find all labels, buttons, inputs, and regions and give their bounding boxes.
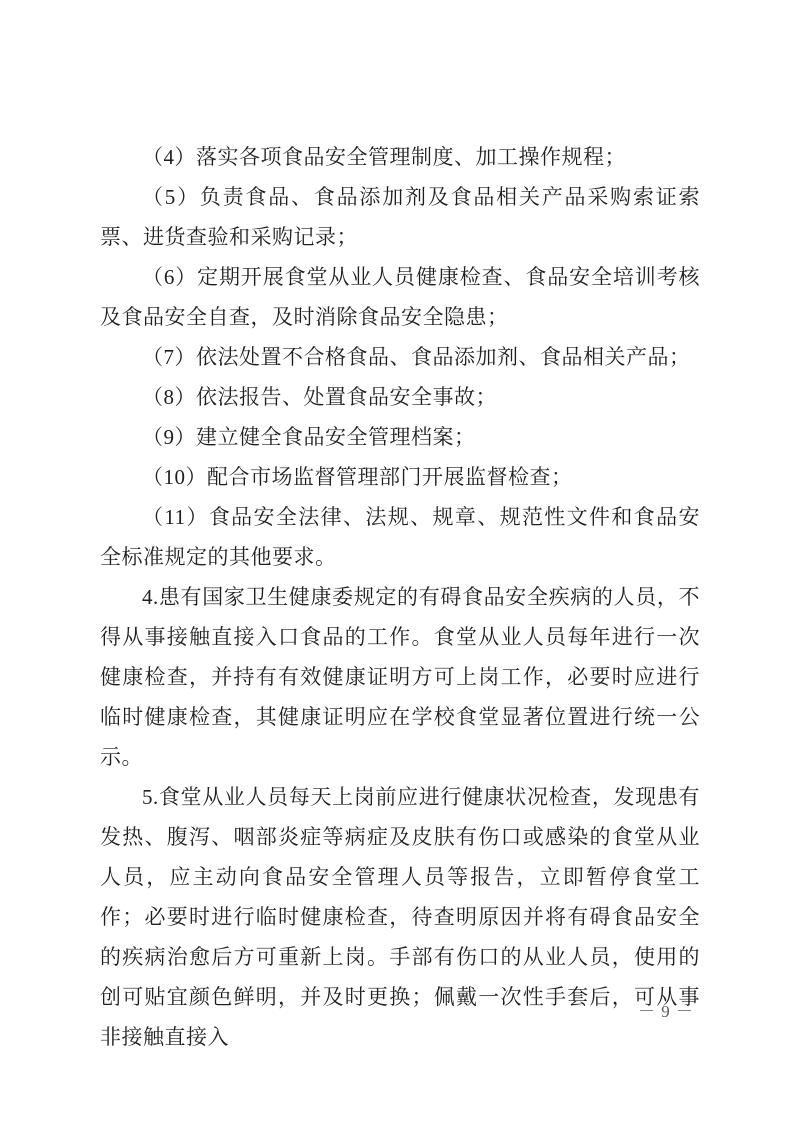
- page-number: － 9 －: [638, 1002, 694, 1021]
- list-item-8: （8）依法报告、处置食品安全事故；: [100, 377, 700, 417]
- paragraph-item-5: 5.食堂从业人员每天上岗前应进行健康状况检查，发现患有发热、腹泻、咽部炎症等病症…: [100, 777, 700, 1057]
- paragraph-item-4: 4.患有国家卫生健康委规定的有碍食品安全疾病的人员，不得从事接触直接入口食品的工…: [100, 577, 700, 777]
- document-body: （4）落实各项食品安全管理制度、加工操作规程； （5）负责食品、食品添加剂及食品…: [100, 137, 700, 1057]
- list-item-10: （10）配合市场监督管理部门开展监督检查；: [100, 457, 700, 497]
- page-footer: － 9 －: [638, 1000, 694, 1024]
- list-item-6: （6）定期开展食堂从业人员健康检查、食品安全培训考核及食品安全自查，及时消除食品…: [100, 257, 700, 337]
- list-item-9: （9）建立健全食品安全管理档案；: [100, 417, 700, 457]
- list-item-7: （7）依法处置不合格食品、食品添加剂、食品相关产品；: [100, 337, 700, 377]
- list-item-5: （5）负责食品、食品添加剂及食品相关产品采购索证索票、进货查验和采购记录；: [100, 177, 700, 257]
- list-item-11: （11）食品安全法律、法规、规章、规范性文件和食品安全标准规定的其他要求。: [100, 497, 700, 577]
- list-item-4: （4）落实各项食品安全管理制度、加工操作规程；: [100, 137, 700, 177]
- document-page: （4）落实各项食品安全管理制度、加工操作规程； （5）负责食品、食品添加剂及食品…: [0, 0, 794, 1123]
